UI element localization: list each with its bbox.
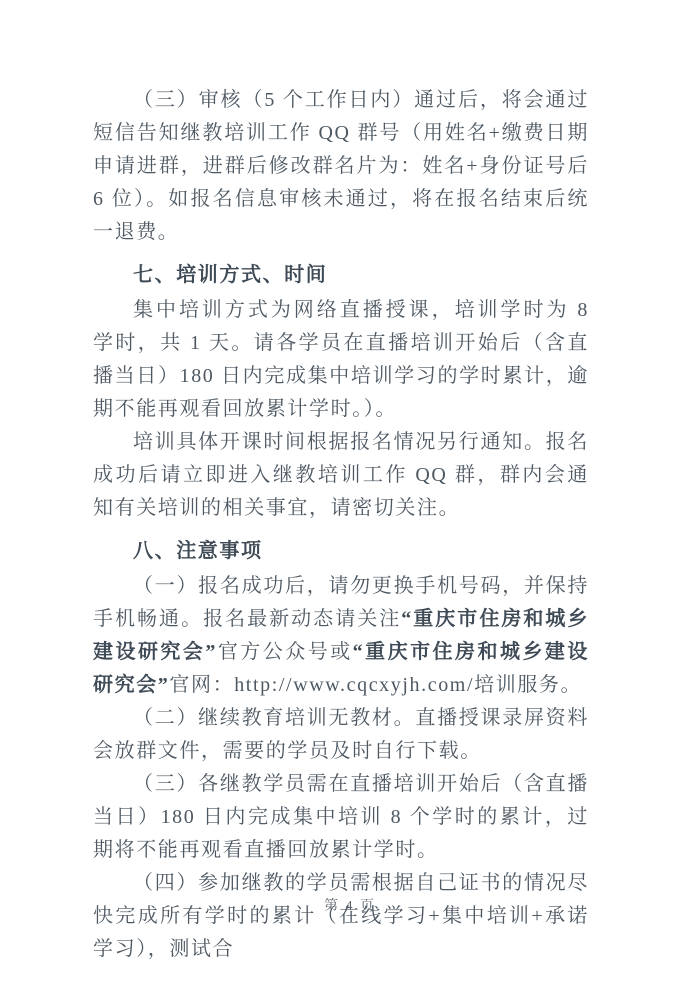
paragraph-note-3: （三）各继教学员需在直播培训开始后（含直播当日）180 日内完成集中培训 8 个… xyxy=(93,768,589,867)
section-heading-notes: 八、注意事项 xyxy=(93,535,589,568)
note-1-website-url-text: 官网：http://www.cqcxyjh.com/培训服务。 xyxy=(169,674,582,696)
note-1-text-run-2: 官方公众号或 xyxy=(217,641,353,663)
section-heading-training-method-time: 七、培训方式、时间 xyxy=(93,259,589,292)
paragraph-review-process: （三）审核（5 个工作日内）通过后，将会通过短信告知继教培训工作 QQ 群号（用… xyxy=(93,84,589,249)
document-body: （三）审核（5 个工作日内）通过后，将会通过短信告知继教培训工作 QQ 群号（用… xyxy=(93,84,589,966)
document-page: （三）审核（5 个工作日内）通过后，将会通过短信告知继教培训工作 QQ 群号（用… xyxy=(0,0,700,990)
page-number: 第 4 页 xyxy=(0,897,700,917)
paragraph-note-2: （二）继续教育培训无教材。直播授课录屏资料会放群文件，需要的学员及时自行下载。 xyxy=(93,702,589,768)
paragraph-note-1: （一）报名成功后，请勿更换手机号码，并保持手机畅通。报名最新动态请关注“重庆市住… xyxy=(93,570,589,702)
paragraph-class-schedule-notice: 培训具体开课时间根据报名情况另行通知。报名成功后请立即进入继教培训工作 QQ 群… xyxy=(93,426,589,525)
paragraph-training-method: 集中培训方式为网络直播授课，培训学时为 8 学时，共 1 天。请各学员在直播培训… xyxy=(93,294,589,426)
